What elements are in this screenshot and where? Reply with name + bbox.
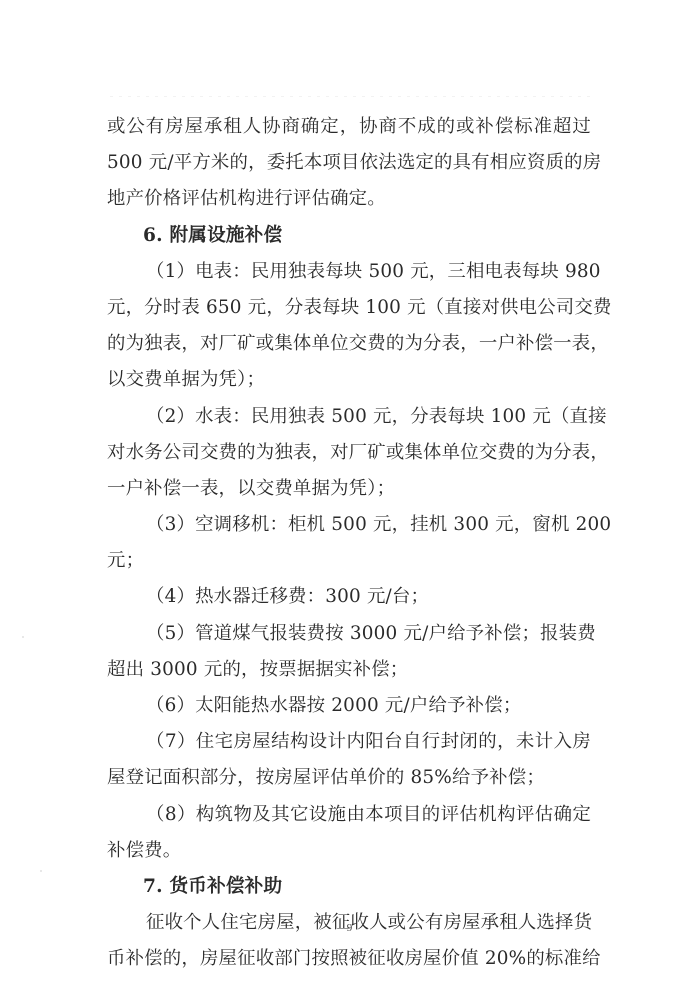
scan-artifact [22, 636, 24, 638]
document-page: 或公有房屋承租人协商确定，协商不成的或补偿标准超过 500 元/平方米的，委托本… [0, 0, 699, 989]
scan-artifact [110, 96, 590, 97]
scan-artifact [40, 870, 42, 872]
list-item-water-heater: （4）热水器迁移费：300 元/台； [107, 579, 591, 615]
paragraph-line: 币补偿的，房屋征收部门按照被征收房屋价值 20%的标准给 [107, 941, 591, 977]
paragraph-line: 补偿费。 [107, 833, 591, 869]
list-item-gas-pipeline: （5）管道煤气报装费按 3000 元/户给予补偿；报装费 [107, 616, 591, 652]
list-item-water-meter: （2）水表：民用独表 500 元，分表每块 100 元（直接 [107, 399, 591, 435]
list-item-solar-heater: （6）太阳能热水器按 2000 元/户给予补偿； [107, 688, 591, 724]
paragraph-line: 屋登记面积部分，按房屋评估单价的 85%给予补偿； [107, 760, 591, 796]
list-item-air-conditioner: （3）空调移机：柜机 500 元，挂机 300 元，窗机 200 [107, 507, 591, 543]
paragraph-line: 元，分时表 650 元，分表每块 100 元（直接对供电公司交费 [107, 290, 591, 326]
paragraph-line: 对水务公司交费的为独表，对厂矿或集体单位交费的为分表， [107, 435, 591, 471]
paragraph-line: 一户补偿一表，以交费单据为凭）； [107, 471, 591, 507]
paragraph-line: 元； [107, 543, 591, 579]
list-item-balcony: （7）住宅房屋结构设计内阳台自行封闭的，未计入房 [107, 724, 591, 760]
paragraph-line: 超出 3000 元的，按票据据实补偿； [107, 652, 591, 688]
list-item-electric-meter: （1）电表：民用独表每块 500 元，三相电表每块 980 [107, 254, 591, 290]
paragraph-line: 以交费单据为凭）； [107, 362, 591, 398]
paragraph-line: 500 元/平方米的，委托本项目依法选定的具有相应资质的房 [107, 145, 591, 181]
paragraph-line: 的为独表，对厂矿或集体单位交费的为分表，一户补偿一表， [107, 326, 591, 362]
section-heading-7: 7. 货币补偿补助 [107, 869, 591, 905]
paragraph-line: 或公有房屋承租人协商确定，协商不成的或补偿标准超过 [107, 109, 591, 145]
section-heading-6: 6. 附属设施补偿 [107, 218, 591, 254]
page-number: 9 [0, 922, 699, 934]
list-item-structures: （8）构筑物及其它设施由本项目的评估机构评估确定 [107, 797, 591, 833]
document-body: 或公有房屋承租人协商确定，协商不成的或补偿标准超过 500 元/平方米的，委托本… [107, 109, 591, 978]
paragraph-line: 地产价格评估机构进行评估确定。 [107, 181, 591, 217]
